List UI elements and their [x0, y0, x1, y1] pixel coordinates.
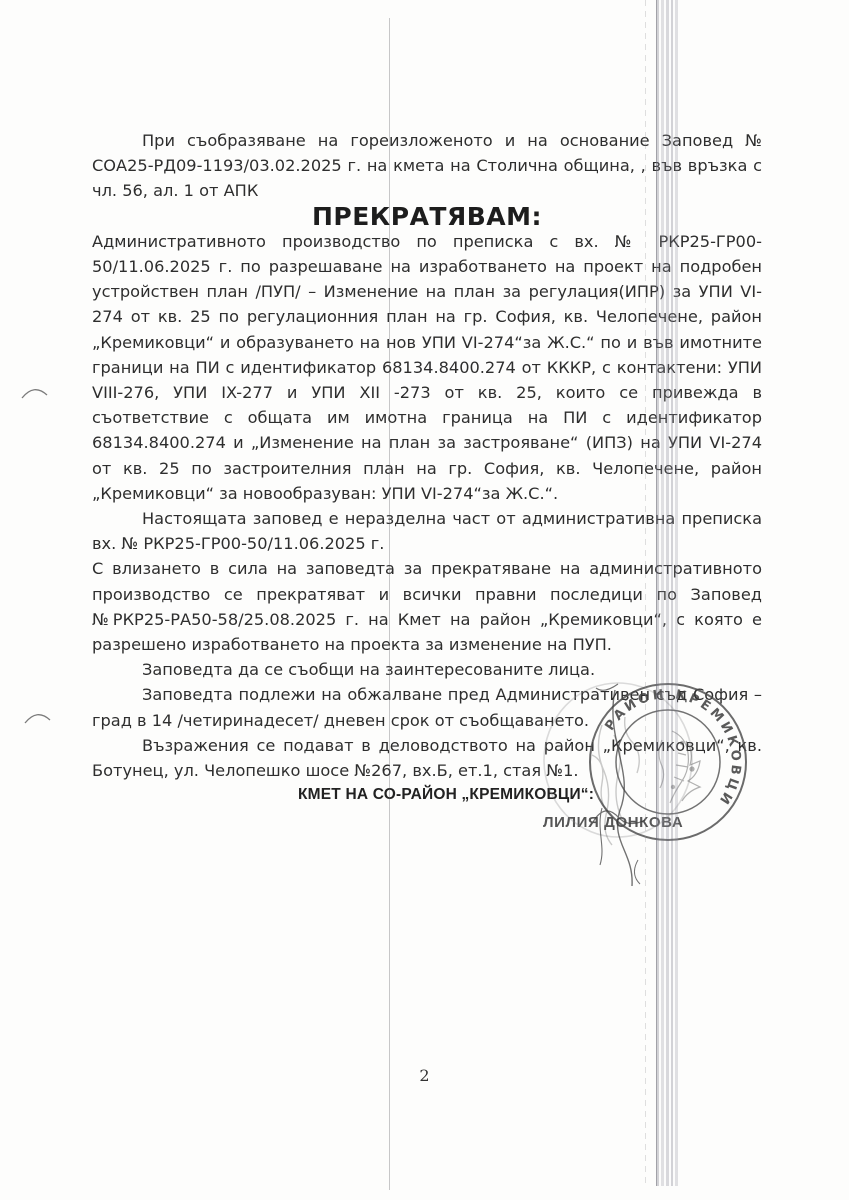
page-number: 2 — [0, 1066, 849, 1085]
scan-arc-mark-bottom — [23, 709, 53, 727]
scan-streak-faint-line — [645, 0, 646, 1186]
scan-arc-mark-top — [20, 384, 50, 402]
scan-streak-band — [656, 0, 678, 1186]
vertical-fold-line — [389, 18, 390, 1190]
scanned-document-page: При съобразяване на гореизложеното и на … — [0, 0, 849, 1200]
